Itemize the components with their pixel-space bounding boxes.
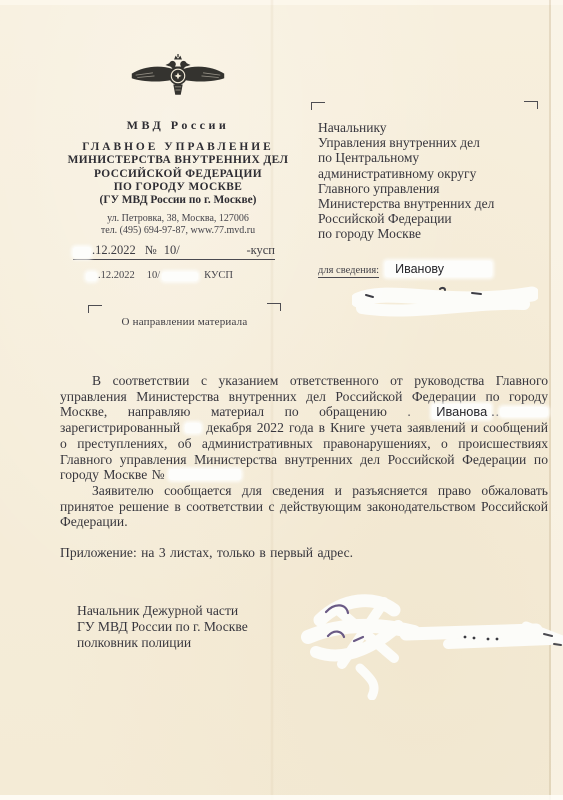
- kusp-number-prefix: 10/: [147, 270, 160, 281]
- addressee-line: Главного управления: [318, 181, 548, 196]
- org-line: ПО ГОРОДУ МОСКВЕ: [28, 181, 328, 194]
- signatory-position-line: Начальник Дежурной части: [77, 603, 248, 619]
- applicant-name-overlay: Иванова: [432, 404, 491, 419]
- redaction-whiteout-number: [162, 272, 198, 281]
- fyi-name-overlay: Иванову: [385, 261, 492, 277]
- redaction-whiteout-number: [169, 469, 241, 480]
- body-paragraph-1: В соответствии с указанием ответственног…: [60, 373, 548, 483]
- body-text: зарегистрированный: [60, 420, 180, 435]
- scan-edge-top: [0, 0, 563, 5]
- addressee-block: Начальнику Управления внутренних дел по …: [318, 120, 548, 242]
- subject-title: О направлении материала: [88, 316, 281, 328]
- corner-mark-left: [311, 102, 325, 110]
- whiteout-scribble-fyi: [352, 278, 538, 322]
- kusp-number-line: .12.2022 10/ КУСП: [86, 268, 233, 281]
- org-line: РОССИЙСКОЙ ФЕДЕРАЦИИ: [28, 168, 328, 181]
- outgoing-number-prefix: 10/: [164, 243, 180, 258]
- redaction-whiteout-day: [185, 423, 201, 433]
- letter-body: В соответствии с указанием ответственног…: [60, 373, 548, 561]
- outgoing-number-line: .12.2022 № 10/ -кусп: [73, 243, 275, 260]
- outgoing-number-suffix: -кусп: [246, 243, 275, 258]
- corner-mark-right: [524, 101, 538, 109]
- kusp-date: .12.2022: [98, 270, 135, 281]
- signatory-position-line: ГУ МВД России по г. Москве: [77, 619, 248, 635]
- addressee-line: по городу Москве: [318, 226, 548, 241]
- org-postal-address: ул. Петровка, 38, Москва, 127006: [28, 213, 328, 225]
- scan-edge-bottom: [0, 795, 563, 800]
- corner-mark-left: [88, 305, 102, 313]
- body-paragraph-2: Заявителю сообщается для сведения и разъ…: [60, 483, 548, 530]
- fyi-label: для сведения:: [318, 265, 379, 278]
- number-sign: №: [145, 243, 157, 258]
- addressee-line: административному округу: [318, 166, 548, 181]
- org-line: ГЛАВНОЕ УПРАВЛЕНИЕ: [28, 141, 328, 154]
- addressee-line: по Центральному: [318, 150, 548, 165]
- addressee-line: Начальнику: [318, 120, 548, 135]
- addressee-line: Российской Федерации: [318, 211, 548, 226]
- scanned-letter-page: МВД России ГЛАВНОЕ УПРАВЛЕНИЕ МИНИСТЕРСТ…: [0, 0, 563, 800]
- redaction-whiteout-day: [73, 247, 91, 258]
- signatory-block: Начальник Дежурной части ГУ МВД России п…: [77, 603, 248, 651]
- subject-block: О направлении материала: [88, 303, 281, 328]
- org-full-name: ГЛАВНОЕ УПРАВЛЕНИЕ МИНИСТЕРСТВА ВНУТРЕНН…: [28, 141, 328, 207]
- redaction-remnant: .: [407, 404, 411, 419]
- whiteout-signature-scribble: [298, 582, 563, 700]
- redaction-whiteout: [500, 407, 548, 417]
- attachment-note: Приложение: на 3 листах, только в первый…: [60, 545, 548, 561]
- org-short-name: МВД России: [34, 118, 322, 133]
- addressee-line: Министерства внутренних дел: [318, 196, 548, 211]
- org-line: МИНИСТЕРСТВА ВНУТРЕННИХ ДЕЛ: [28, 154, 328, 167]
- redaction-whiteout-day: [86, 272, 97, 281]
- corner-mark-right: [267, 303, 281, 311]
- mvd-double-headed-eagle-icon: [131, 54, 225, 101]
- fyi-line: для сведения:Иванову: [318, 262, 492, 276]
- redaction-remnant: ..: [491, 404, 500, 419]
- org-abbreviation: (ГУ МВД России по г. Москве): [28, 194, 328, 207]
- kusp-label: КУСП: [204, 270, 233, 281]
- org-contact-info: ул. Петровка, 38, Москва, 127006 тел. (4…: [28, 213, 328, 237]
- outgoing-date: .12.2022: [92, 243, 136, 258]
- org-phone-site: тел. (495) 694-97-87, www.77.mvd.ru: [28, 225, 328, 237]
- signatory-rank-line: полковник полиции: [77, 635, 248, 651]
- addressee-line: Управления внутренних дел: [318, 135, 548, 150]
